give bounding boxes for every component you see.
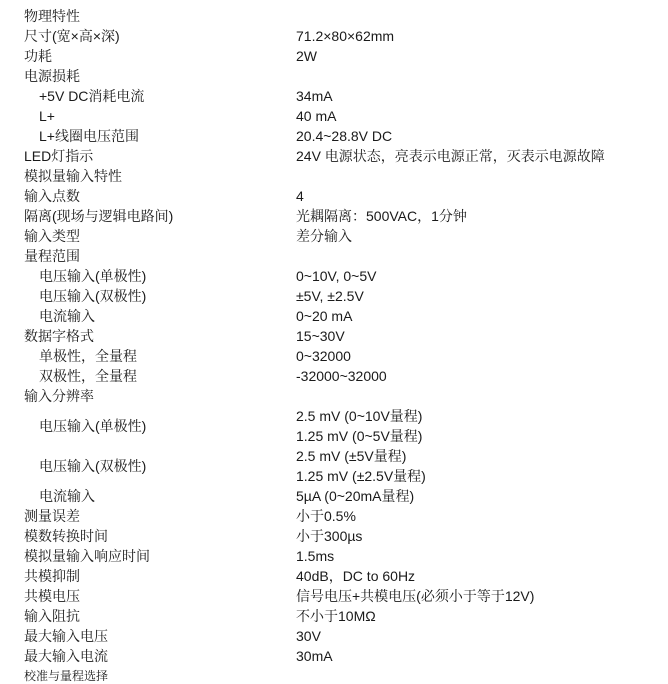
spec-value: 71.2×80×62mm [296,26,668,46]
spec-label: 数据字格式 [0,326,296,346]
spec-row-data-word-format: 数据字格式 15~30V [0,326,668,346]
spec-value: 4 [296,186,668,206]
spec-label: 功耗 [0,46,296,66]
spec-row-analog-input-characteristics: 模拟量输入特性 [0,166,668,186]
spec-label: 物理特性 [0,6,296,26]
spec-value [296,6,668,26]
spec-row-input-resolution: 输入分辨率 [0,386,668,406]
spec-row-ad-conversion-time: 模数转换时间 小于300µs [0,526,668,546]
spec-value: 0~20 mA [296,306,668,326]
spec-value: 24V 电源状态，亮表示电源正常，灭表示电源故障 [296,146,668,166]
spec-row-unipolar-full-range: 单极性，全量程 0~32000 [0,346,668,366]
spec-value: 0~10V, 0~5V [296,266,668,286]
spec-value: 差分输入 [296,226,668,246]
spec-row-common-mode-rejection: 共模抑制 40dB，DC to 60Hz [0,566,668,586]
spec-value-line: 2.5 mV (±5V量程) [296,446,668,466]
spec-value: 0~32000 [296,346,668,366]
spec-value [296,166,668,186]
spec-row-dimensions: 尺寸(宽×高×深) 71.2×80×62mm [0,26,668,46]
spec-row-measurement-error: 测量误差 小于0.5% [0,506,668,526]
spec-label: 尺寸(宽×高×深) [0,26,296,46]
spec-value: 不小于10MΩ [296,606,668,626]
spec-row-input-impedance: 输入阻抗 不小于10MΩ [0,606,668,626]
spec-value: 30V [296,626,668,646]
spec-row-calibration-range-selection: 校准与量程选择 [0,666,668,684]
spec-value: ±5V, ±2.5V [296,286,668,306]
spec-row-input-type: 输入类型 差分输入 [0,226,668,246]
spec-value: 小于0.5% [296,506,668,526]
spec-value [296,386,668,406]
spec-value: 15~30V [296,326,668,346]
spec-label: 共模电压 [0,586,296,606]
spec-row-analog-input-response-time: 模拟量输入响应时间 1.5ms [0,546,668,566]
spec-label: L+ [0,106,296,126]
spec-label: 电流输入 [0,306,296,326]
spec-value: 40dB，DC to 60Hz [296,566,668,586]
spec-label: 电流输入 [0,486,296,506]
spec-label: 电压输入(双极性) [0,286,296,306]
spec-row-led-indicator: LED灯指示 24V 电源状态，亮表示电源正常，灭表示电源故障 [0,146,668,166]
spec-row-range-scope: 量程范围 [0,246,668,266]
spec-value: 30mA [296,646,668,666]
spec-row-input-points: 输入点数 4 [0,186,668,206]
spec-row-resolution-voltage-unipolar: 电压输入(单极性) 2.5 mV (0~10V量程) 1.25 mV (0~5V… [0,406,668,446]
spec-value [296,66,668,86]
spec-label: 最大输入电流 [0,646,296,666]
spec-label: 电压输入(单极性) [0,406,296,446]
spec-label: 单极性，全量程 [0,346,296,366]
spec-label: 模数转换时间 [0,526,296,546]
spec-row-voltage-input-bipolar: 电压输入(双极性) ±5V, ±2.5V [0,286,668,306]
spec-value: -32000~32000 [296,366,668,386]
spec-value [296,246,668,266]
spec-label: LED灯指示 [0,146,296,166]
spec-label: 共模抑制 [0,566,296,586]
spec-label: 双极性，全量程 [0,366,296,386]
spec-table: 物理特性 尺寸(宽×高×深) 71.2×80×62mm 功耗 2W 电源损耗 +… [0,0,668,684]
spec-value: 光耦隔离：500VAC，1分钟 [296,206,668,226]
spec-value-multiline: 2.5 mV (±5V量程) 1.25 mV (±2.5V量程) [296,446,668,486]
spec-label: 校准与量程选择 [0,666,296,684]
spec-row-common-mode-voltage: 共模电压 信号电压+共模电压(必须小于等于12V) [0,586,668,606]
spec-value: 小于300µs [296,526,668,546]
spec-row-l-plus-current: L+ 40 mA [0,106,668,126]
spec-label: 模拟量输入特性 [0,166,296,186]
spec-row-isolation: 隔离(现场与逻辑电路间) 光耦隔离：500VAC，1分钟 [0,206,668,226]
spec-label: 电源损耗 [0,66,296,86]
spec-value: 20.4~28.8V DC [296,126,668,146]
spec-row-current-input: 电流输入 0~20 mA [0,306,668,326]
spec-value: 34mA [296,86,668,106]
spec-label: 输入类型 [0,226,296,246]
spec-value [296,666,668,684]
spec-label: 电压输入(双极性) [0,446,296,486]
spec-value-line: 1.25 mV (±2.5V量程) [296,466,668,486]
spec-label: +5V DC消耗电流 [0,86,296,106]
spec-row-l-plus-coil-voltage-range: L+线圈电压范围 20.4~28.8V DC [0,126,668,146]
spec-row-resolution-voltage-bipolar: 电压输入(双极性) 2.5 mV (±5V量程) 1.25 mV (±2.5V量… [0,446,668,486]
spec-row-resolution-current-input: 电流输入 5µA (0~20mA量程) [0,486,668,506]
spec-value-line: 1.25 mV (0~5V量程) [296,426,668,446]
spec-row-power-loss: 电源损耗 [0,66,668,86]
spec-value-line: 2.5 mV (0~10V量程) [296,406,668,426]
spec-label: 输入点数 [0,186,296,206]
spec-row-max-input-voltage: 最大输入电压 30V [0,626,668,646]
spec-row-max-input-current: 最大输入电流 30mA [0,646,668,666]
spec-value: 信号电压+共模电压(必须小于等于12V) [296,586,668,606]
spec-value: 5µA (0~20mA量程) [296,486,668,506]
spec-label: 输入分辨率 [0,386,296,406]
spec-label: 输入阻抗 [0,606,296,626]
spec-row-bipolar-full-range: 双极性，全量程 -32000~32000 [0,366,668,386]
spec-label: 量程范围 [0,246,296,266]
spec-row-voltage-input-unipolar: 电压输入(单极性) 0~10V, 0~5V [0,266,668,286]
spec-label: L+线圈电压范围 [0,126,296,146]
spec-value: 40 mA [296,106,668,126]
spec-row-5v-dc-current: +5V DC消耗电流 34mA [0,86,668,106]
spec-label: 测量误差 [0,506,296,526]
spec-value: 2W [296,46,668,66]
spec-label: 电压输入(单极性) [0,266,296,286]
spec-value: 1.5ms [296,546,668,566]
spec-row-power-consumption: 功耗 2W [0,46,668,66]
spec-row-physical-characteristics: 物理特性 [0,6,668,26]
spec-value-multiline: 2.5 mV (0~10V量程) 1.25 mV (0~5V量程) [296,406,668,446]
spec-label: 隔离(现场与逻辑电路间) [0,206,296,226]
spec-label: 模拟量输入响应时间 [0,546,296,566]
spec-label: 最大输入电压 [0,626,296,646]
